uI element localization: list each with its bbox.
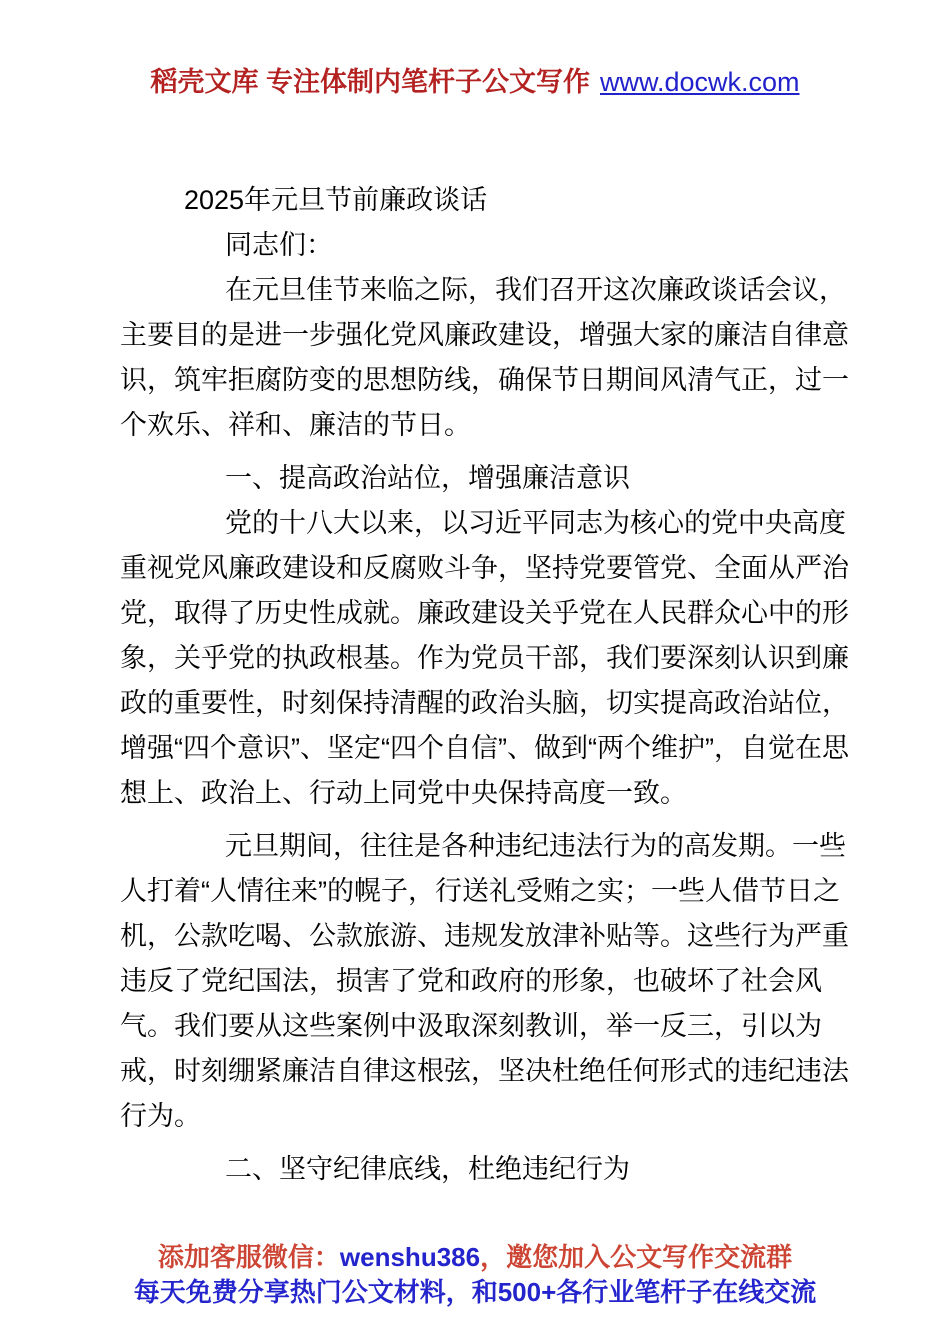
salutation: 同志们：	[120, 223, 862, 268]
footer-tagline: 每天免费分享热门公文材料，和500+各行业笔杆子在线交流	[0, 1275, 950, 1310]
site-brand-text: 稻壳文库 专注体制内笔杆子公文写作	[150, 67, 590, 97]
document-body: 2025年元旦节前廉政谈话 同志们： 在元旦佳节来临之际，我们召开这次廉政谈话会…	[120, 178, 862, 1192]
document-page: 稻壳文库 专注体制内笔杆子公文写作www.docwk.com 2025年元旦节前…	[0, 0, 950, 1344]
section-heading-1: 一、提高政治站位，增强廉洁意识	[120, 456, 862, 501]
promo-footer: 添加客服微信：wenshu386，邀您加入公文写作交流群 每天免费分享热门公文材…	[0, 1240, 950, 1310]
document-title: 2025年元旦节前廉政谈话	[120, 178, 862, 223]
section-heading-2: 二、坚守纪律底线，杜绝违纪行为	[120, 1147, 862, 1192]
site-url-link[interactable]: www.docwk.com	[600, 67, 800, 97]
footer-contact-line: 添加客服微信：wenshu386，邀您加入公文写作交流群	[0, 1240, 950, 1275]
site-header: 稻壳文库 专注体制内笔杆子公文写作www.docwk.com	[0, 62, 950, 102]
footer-contact-suffix: ，邀您加入公文写作交流群	[480, 1242, 792, 1272]
paragraph-intro: 在元旦佳节来临之际，我们召开这次廉政谈话会议，主要目的是进一步强化党风廉政建设，…	[120, 268, 862, 448]
footer-wechat-id: wenshu386	[340, 1242, 480, 1272]
paragraph-section1-b: 元旦期间，往往是各种违纪违法行为的高发期。一些人打着“人情往来”的幌子，行送礼受…	[120, 824, 862, 1139]
paragraph-section1-a: 党的十八大以来，以习近平同志为核心的党中央高度重视党风廉政建设和反腐败斗争，坚持…	[120, 501, 862, 816]
footer-contact-prefix: 添加客服微信：	[158, 1242, 340, 1272]
